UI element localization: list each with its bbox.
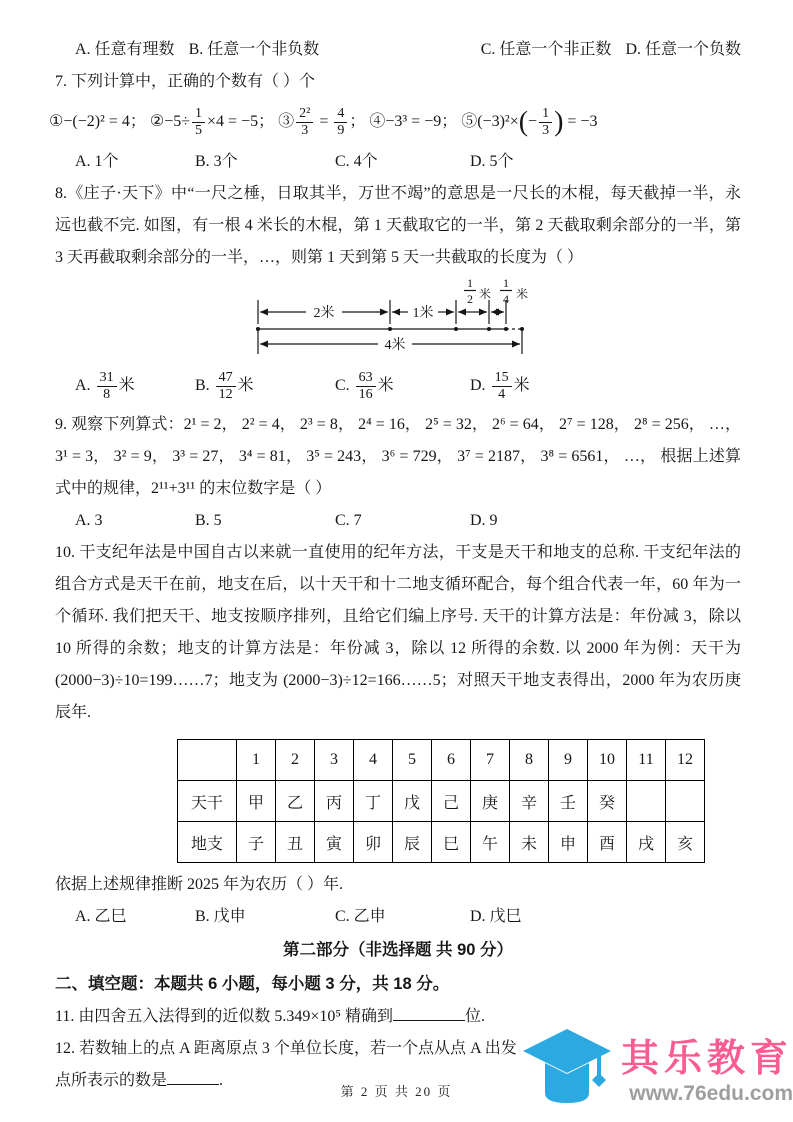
fraction: 154	[492, 370, 512, 403]
table-cell: 丁	[354, 781, 393, 822]
quarter-meter-label: 1 4 米	[500, 276, 528, 306]
logo-brand-name: 其乐教育	[621, 1038, 793, 1082]
option-c: C. 乙申	[335, 901, 470, 933]
table-cell: 癸	[588, 781, 627, 822]
question-11-text: 11. 由四舍五入法得到的近似数 5.349×10⁵ 精确到	[55, 1008, 393, 1025]
option-d: D. 9	[470, 505, 498, 537]
question-9-stem: 9. 观察下列算式：2¹ = 2， 2² = 4， 2³ = 8， 2⁴ = 1…	[55, 409, 741, 505]
table-cell: 丑	[276, 822, 315, 863]
table-cell: 酉	[588, 822, 627, 863]
question-7-options: A. 1个 B. 3个 C. 4个 D. 5个	[75, 146, 741, 178]
graduation-cap-icon	[521, 1025, 617, 1118]
table-cell: 子	[237, 822, 276, 863]
fraction: 15	[192, 106, 205, 139]
table-cell: 午	[471, 822, 510, 863]
table-cell: 10	[588, 740, 627, 781]
watermark-logo: 其乐教育 www.76edu.com	[517, 1025, 793, 1118]
dim-4m: 4米	[258, 331, 522, 354]
table-cell: 寅	[315, 822, 354, 863]
fraction: 13	[539, 106, 552, 139]
table-cell	[666, 781, 705, 822]
question-8-stem: 8.《庄子·天下》中“一尺之棰，日取其半，万世不竭”的意思是一尺长的木棍，每天截…	[55, 178, 741, 274]
option-b: B. 戊申	[195, 901, 335, 933]
table-cell: 9	[549, 740, 588, 781]
question-9-options: A. 3 B. 5 C. 7 D. 9	[75, 505, 741, 537]
question-8-options: A. 318米 B. 4712米 C. 6316米 D. 154米	[75, 363, 741, 409]
option-b: B. 4712米	[195, 363, 335, 409]
table-cell: 丙	[315, 781, 354, 822]
svg-text:米: 米	[516, 286, 528, 301]
option-a: A. 3	[75, 505, 195, 537]
option-d: D. 5个	[470, 146, 514, 178]
logo-text: 其乐教育 www.76edu.com	[621, 1038, 793, 1105]
svg-text:2: 2	[467, 292, 473, 306]
table-cell: 申	[549, 822, 588, 863]
table-cell: 7	[471, 740, 510, 781]
option-a: A. 乙巳	[75, 901, 195, 933]
table-cell: 庚	[471, 781, 510, 822]
table-cell: 4	[354, 740, 393, 781]
question-10-conclusion: 依据上述规律推断 2025 年为农历（ ）年.	[55, 869, 741, 901]
table-cell	[627, 781, 666, 822]
earthly-branches-row: 地支 子 丑 寅 卯 辰 巳 午 未 申 酉 戌 亥	[178, 822, 705, 863]
table-cell: 乙	[276, 781, 315, 822]
table-cell: 甲	[237, 781, 276, 822]
dim-2m: 2米	[260, 304, 388, 321]
table-header-row: 1 2 3 4 5 6 7 8 9 10 11 12	[178, 740, 705, 781]
stick-baseline	[256, 327, 524, 331]
table-cell: 11	[627, 740, 666, 781]
table-cell: 6	[432, 740, 471, 781]
fraction: 2²3	[296, 106, 313, 139]
table-cell: 3	[315, 740, 354, 781]
table-cell: 戌	[627, 822, 666, 863]
question-11-tail: 位.	[465, 1008, 485, 1025]
fraction: 318	[97, 370, 117, 403]
option-d: D. 任意一个负数	[625, 34, 741, 66]
table-cell: 卯	[354, 822, 393, 863]
fill-in-blank-heading: 二、填空题：本题共 6 小题，每小题 3 分，共 18 分。	[55, 967, 741, 1001]
table-cell: 辛	[510, 781, 549, 822]
big-paren: (	[519, 106, 528, 137]
table-cell: 己	[432, 781, 471, 822]
option-a: A. 任意有理数	[75, 34, 175, 66]
option-c: C. 6316米	[335, 363, 470, 409]
option-b: B. 3个	[195, 146, 335, 178]
big-paren: )	[554, 106, 563, 137]
option-b: B. 5	[195, 505, 335, 537]
svg-text:1: 1	[503, 276, 509, 290]
option-a: A. 1个	[75, 146, 195, 178]
row-label: 天干	[178, 781, 237, 822]
table-cell: 2	[276, 740, 315, 781]
half-meter-label: 1 2 米	[464, 276, 491, 306]
dim-1m: 1米	[392, 304, 454, 321]
option-group-right: C. 任意一个非正数 D. 任意一个负数	[481, 34, 741, 66]
table-cell: 巳	[432, 822, 471, 863]
logo-url: www.76edu.com	[629, 1082, 793, 1105]
table-cell: 5	[393, 740, 432, 781]
question-7-formulas: ①−(−2)² = 4； ②−5÷15×4 = −5； ③2²3 = 49； ④…	[49, 98, 741, 146]
svg-text:4米: 4米	[385, 336, 406, 353]
option-d: D. 戊巳	[470, 901, 522, 933]
fraction: 49	[334, 106, 347, 139]
table-cell: 戊	[393, 781, 432, 822]
table-cell	[178, 740, 237, 781]
option-a: A. 318米	[75, 363, 195, 409]
table-cell: 8	[510, 740, 549, 781]
table-cell: 亥	[666, 822, 705, 863]
svg-text:米: 米	[479, 286, 491, 301]
svg-text:1米: 1米	[413, 304, 434, 321]
question-7-stem: 7. 下列计算中，正确的个数有（ ）个	[55, 66, 741, 98]
answer-blank	[393, 1004, 465, 1021]
option-c: C. 7	[335, 505, 470, 537]
section-2-heading: 第二部分（非选择题 共 90 分）	[55, 933, 741, 967]
question-10-stem: 10. 干支纪年法是中国自古以来就一直使用的纪年方法，干支是天干和地支的总称. …	[55, 537, 741, 729]
svg-text:1: 1	[467, 276, 473, 290]
table-cell: 辰	[393, 822, 432, 863]
question-10-options: A. 乙巳 B. 戊申 C. 乙申 D. 戊巳	[75, 901, 741, 933]
table-cell: 1	[237, 740, 276, 781]
fraction: 4712	[216, 370, 236, 403]
table-cell: 壬	[549, 781, 588, 822]
table-cell: 未	[510, 822, 549, 863]
stick-diagram: 1 2 米 1 4 米 2米	[248, 274, 548, 363]
svg-text:2米: 2米	[314, 304, 335, 321]
question-6-options: A. 任意有理数 B. 任意一个非负数 C. 任意一个非正数 D. 任意一个负数	[75, 34, 741, 66]
row-label: 地支	[178, 822, 237, 863]
table-cell: 12	[666, 740, 705, 781]
option-d: D. 154米	[470, 363, 530, 409]
option-c: C. 4个	[335, 146, 470, 178]
option-c: C. 任意一个非正数	[481, 34, 612, 66]
heavenly-stems-row: 天干 甲 乙 丙 丁 戊 己 庚 辛 壬 癸	[178, 781, 705, 822]
option-group-left: A. 任意有理数 B. 任意一个非负数	[75, 34, 319, 66]
option-b: B. 任意一个非负数	[189, 34, 320, 66]
stems-branches-table: 1 2 3 4 5 6 7 8 9 10 11 12 天干 甲 乙 丙 丁 戊 …	[177, 739, 705, 863]
fraction: 6316	[356, 370, 376, 403]
exam-page: A. 任意有理数 B. 任意一个非负数 C. 任意一个非正数 D. 任意一个负数…	[0, 0, 793, 1122]
